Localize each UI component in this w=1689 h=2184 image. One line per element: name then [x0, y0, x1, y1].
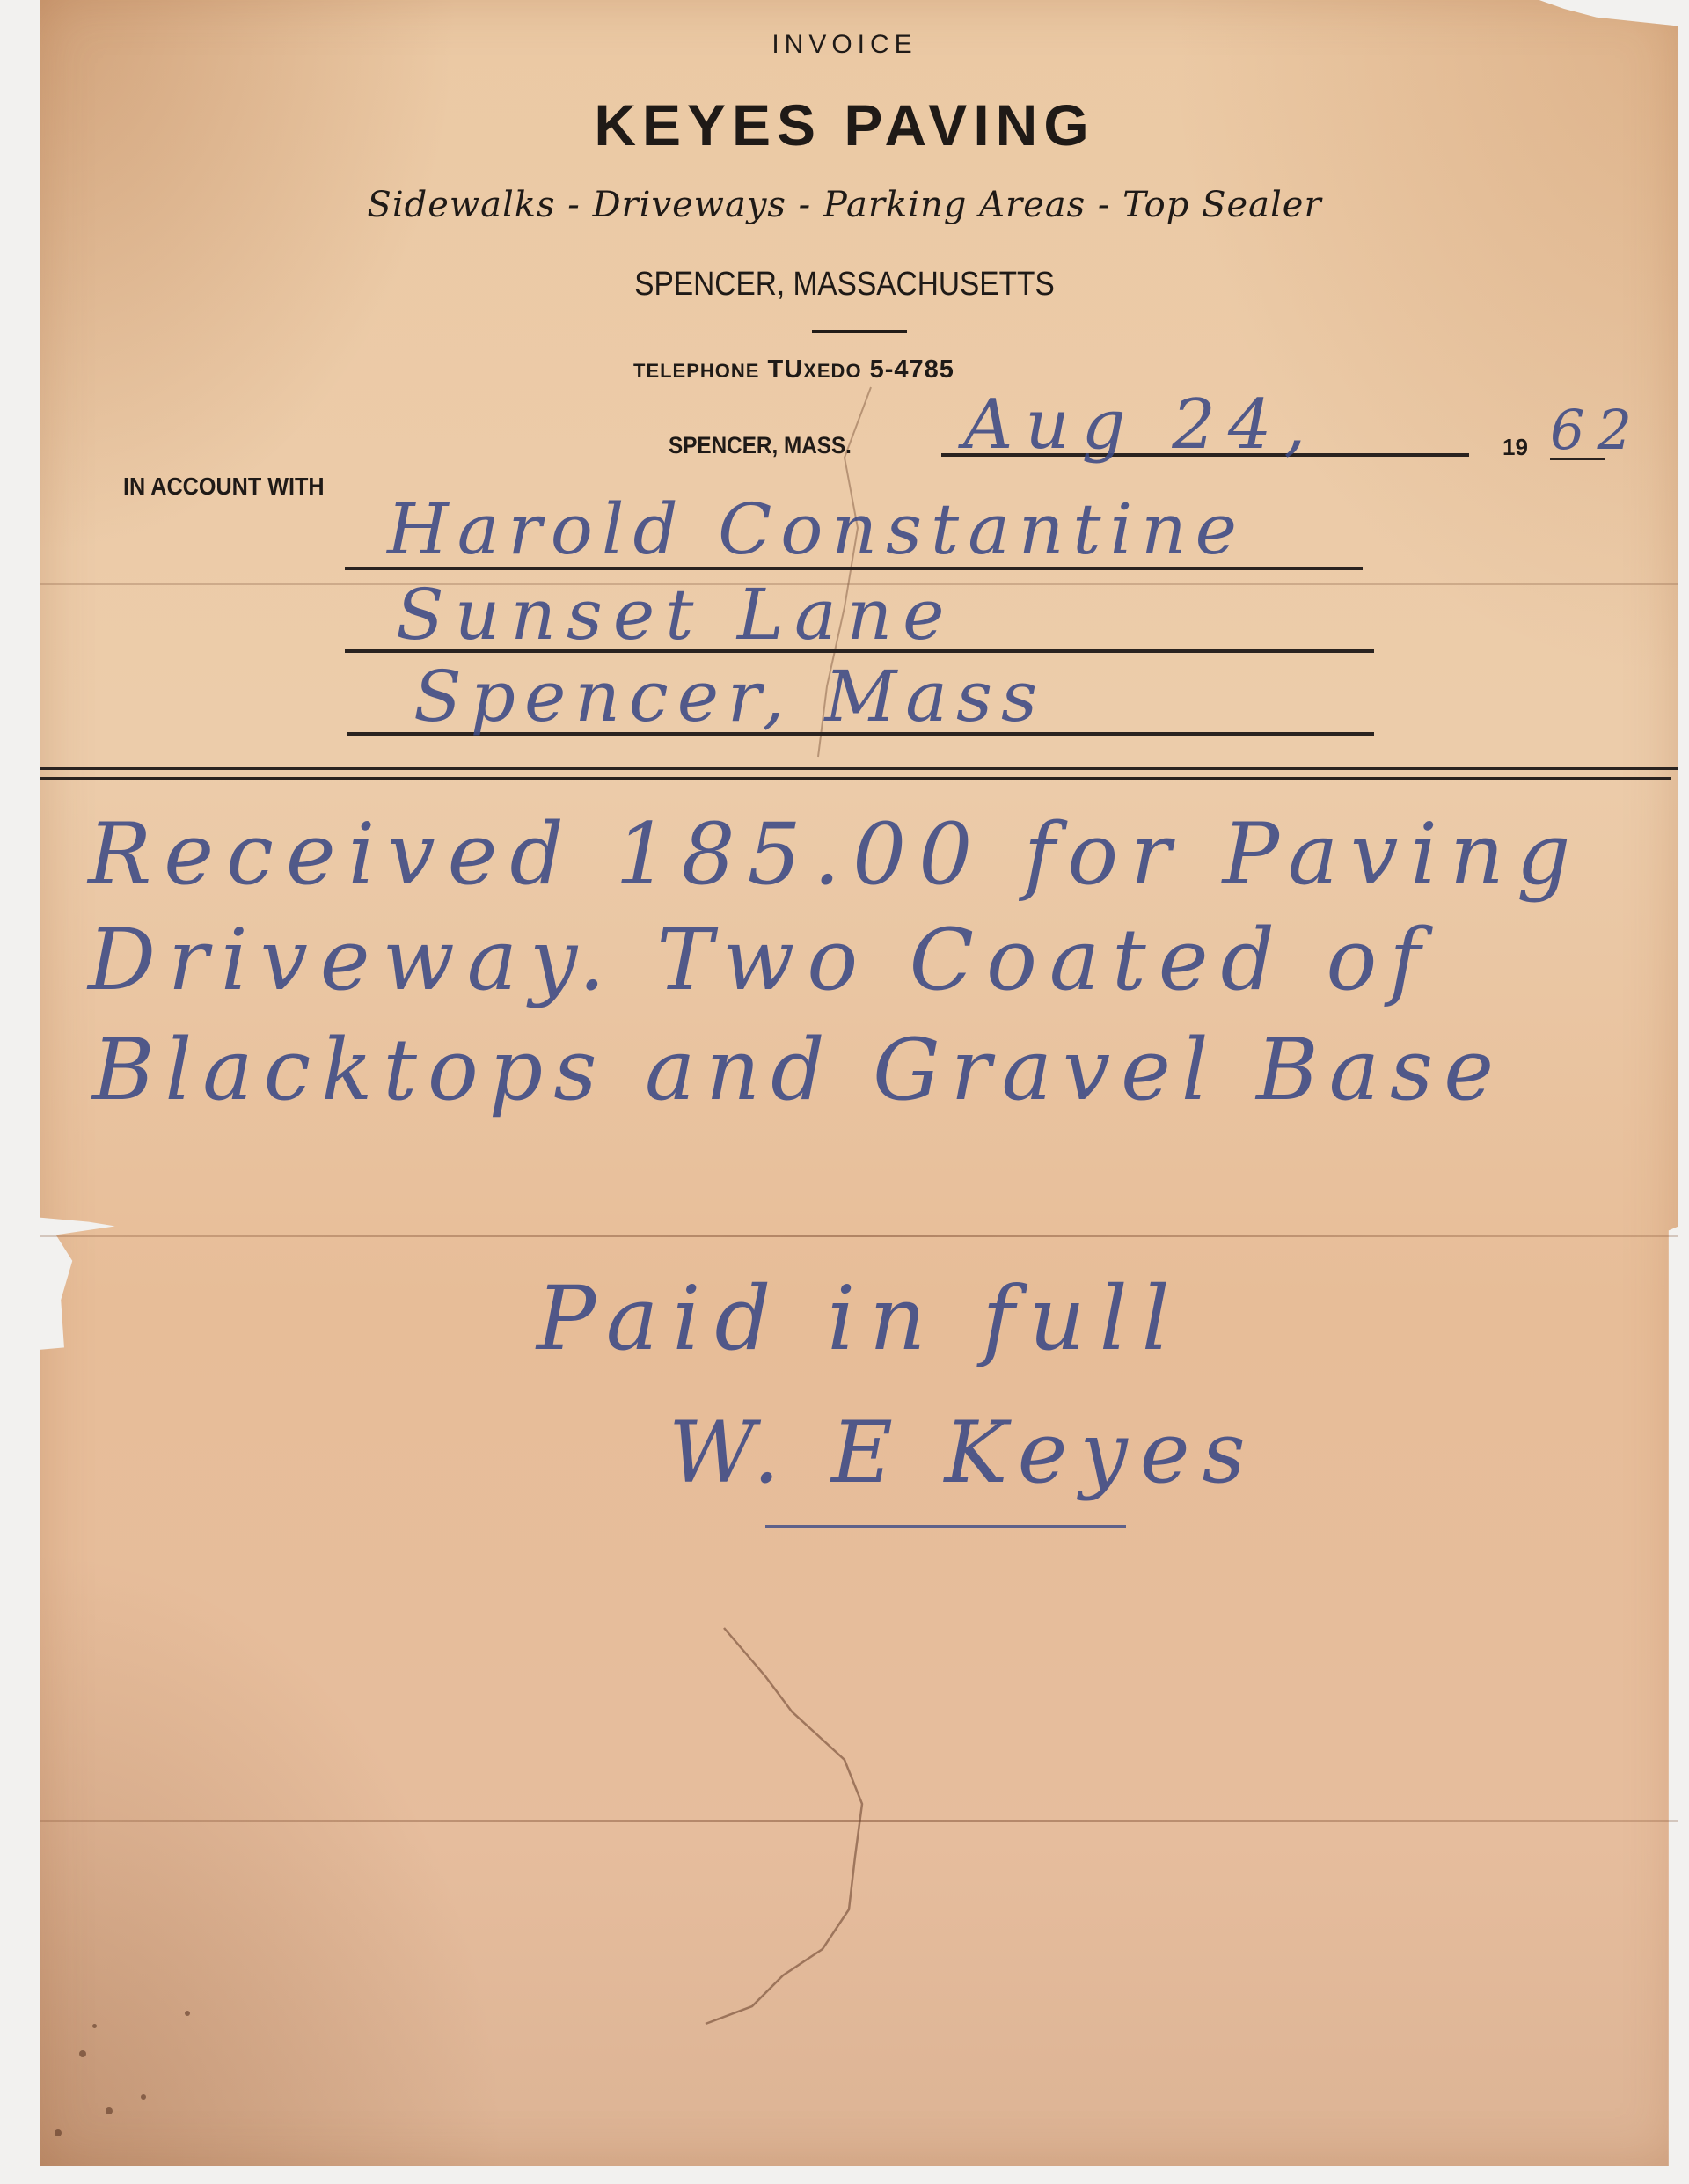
handwritten-date: Aug 24,	[963, 385, 1318, 465]
telephone-prefix: TELEPHONE	[633, 360, 759, 382]
company-telephone: TELEPHONE TUXEDO 5-4785	[633, 355, 954, 385]
signature: W. E Keyes	[669, 1403, 1258, 1502]
company-tagline: Sidewalks - Driveways - Parking Areas - …	[0, 185, 1689, 225]
customer-name: Harold Constantine	[387, 488, 1246, 570]
customer-street: Sunset Lane	[396, 574, 955, 656]
divider-rule-top	[40, 767, 1678, 770]
place-label: SPENCER, MASS.	[669, 432, 852, 459]
body-line-3: Blacktops and Gravel Base	[92, 1021, 1504, 1119]
paper-speck	[141, 2094, 146, 2100]
year-prefix: 19	[1503, 434, 1528, 461]
paper-speck	[185, 2011, 190, 2016]
paper-speck	[55, 2129, 62, 2136]
account-label: IN ACCOUNT WITH	[123, 473, 325, 501]
telephone-exchange-rest: XEDO	[803, 360, 861, 382]
company-city-state: SPENCER, MASSACHUSETTS	[101, 266, 1588, 304]
paper-speck	[106, 2107, 113, 2114]
paid-in-full-note: Paid in full	[537, 1267, 1184, 1370]
divider-rule-bottom	[40, 777, 1671, 780]
paper-speck	[92, 2024, 97, 2028]
signature-underline	[765, 1525, 1126, 1528]
body-line-1: Received 185.00 for Paving	[88, 805, 1583, 904]
handwritten-year: 62	[1550, 398, 1644, 462]
body-line-2: Driveway. Two Coated of	[88, 911, 1433, 1009]
document-type-label: INVOICE	[0, 30, 1689, 60]
telephone-exchange: TU	[768, 355, 804, 384]
letterhead-separator	[812, 330, 907, 333]
customer-city: Spencer, Mass	[413, 656, 1046, 737]
telephone-number: 5-4785	[870, 355, 954, 384]
company-name: KEYES PAVING	[0, 92, 1689, 158]
paper-speck	[79, 2050, 86, 2057]
